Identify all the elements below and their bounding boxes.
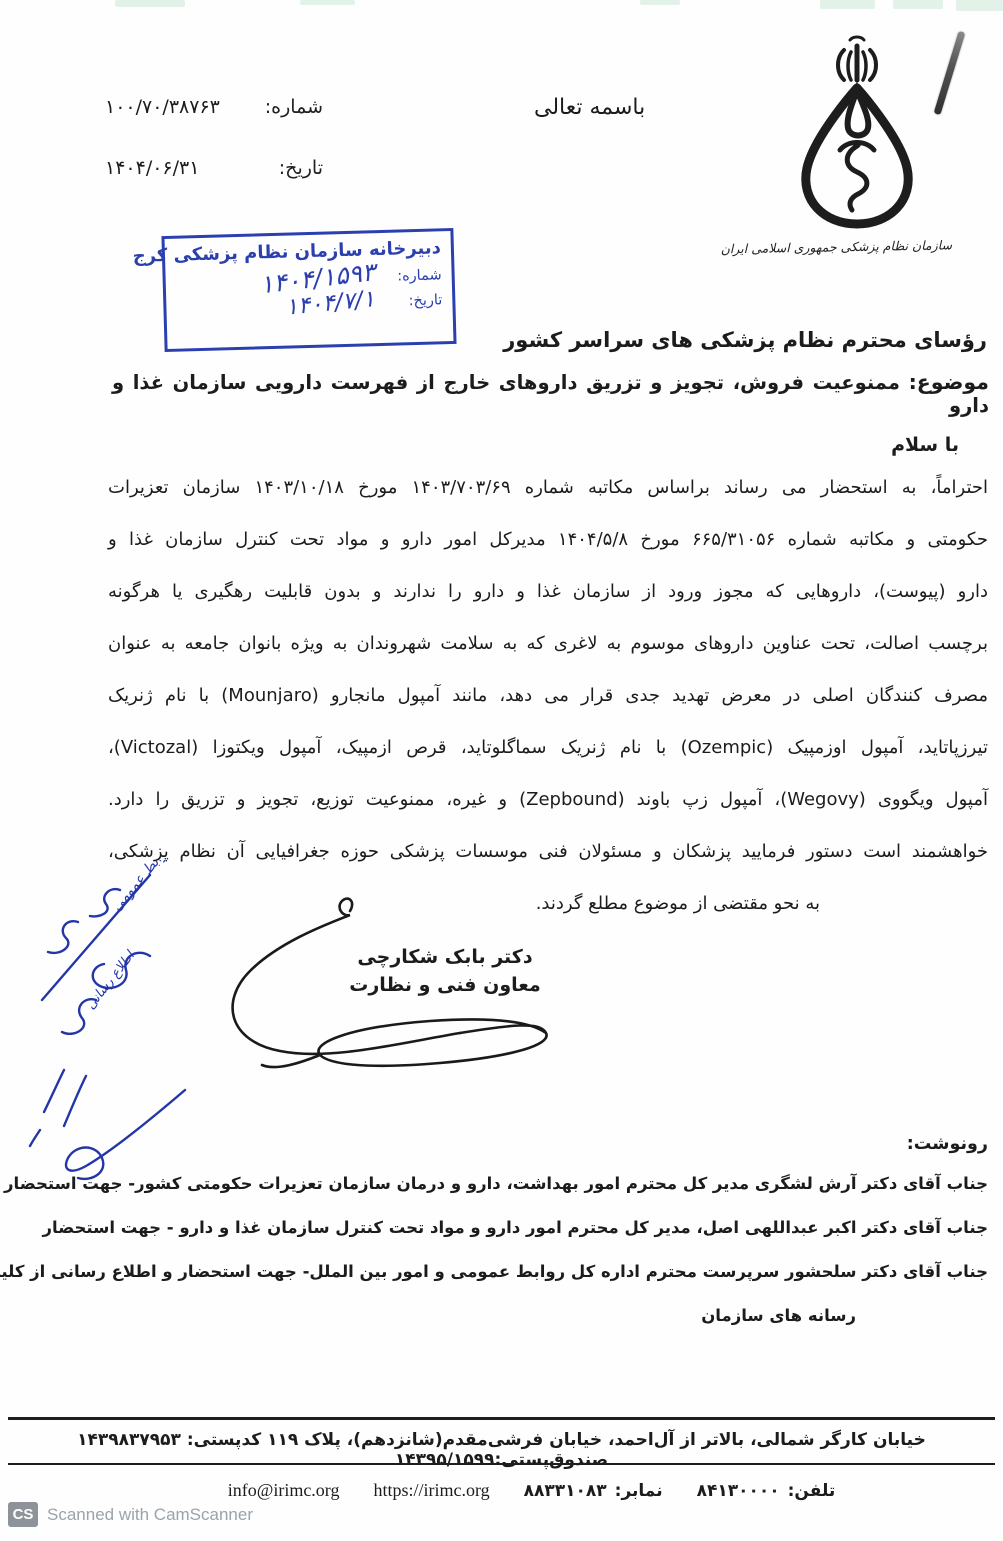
body-line: احتراماً، به استحضار می رساند براساس مکا…: [108, 462, 988, 514]
stamp-number-label: شماره:: [397, 267, 442, 284]
cc-item: جناب آقای دکتر آرش لشگری مدیر کل محترم ا…: [55, 1162, 988, 1206]
recipient-heading: رؤسای محترم نظام پزشکی های سراسر کشور: [400, 328, 987, 352]
bismillah-text: باسمه تعالی: [534, 95, 645, 120]
scan-edge-mark: [640, 0, 680, 5]
letter-number-row: شماره: ۱۰۰/۷۰/۳۸۷۶۳: [105, 96, 323, 118]
body-line: آمپول ویگووی (Wegovy)، آمپول زپ باوند (Z…: [108, 774, 988, 826]
cc-label: رونوشت:: [55, 1134, 988, 1154]
subject-text: ممنوعیت فروش، تجویز و تزریق داروهای خارج…: [112, 371, 989, 417]
body-line: خواهشمند است دستور فرمایید پزشکان و مسئو…: [108, 826, 988, 878]
irimc-logo: سازمان نظام پزشکی جمهوری اسلامی ایران: [762, 28, 952, 254]
body-line: مصرف کنندگان اصلی در معرض تهدید جدی قرار…: [108, 670, 988, 722]
signature-scribble: [210, 893, 580, 1083]
subject-line: موضوع: ممنوعیت فروش، تجویز و تزریق داروه…: [112, 370, 989, 417]
body-line: برچسب اصالت، تحت عناوین داروهای موسوم به…: [108, 618, 988, 670]
number-label: شماره:: [265, 96, 323, 118]
body-line: حکومتی و مکاتبه شماره ۶۶۵/۳۱۰۵۶ مورخ ۱۴۰…: [108, 514, 988, 566]
phone-value: ۸۴۱۳۰۰۰۰: [697, 1481, 780, 1501]
scan-edge-mark: [115, 0, 185, 7]
letter-body: احتراماً، به استحضار می رساند براساس مکا…: [108, 462, 988, 930]
footer-contacts: تلفن: ۸۴۱۳۰۰۰۰ نمابر: ۸۸۳۳۱۰۸۳ https://i…: [120, 1480, 943, 1501]
camscanner-badge-icon: CS: [8, 1502, 38, 1527]
number-value: ۱۰۰/۷۰/۳۸۷۶۳: [105, 96, 220, 118]
note-line1: روابط عمومی: [109, 860, 174, 915]
fax-item: نمابر: ۸۸۳۳۱۰۸۳: [524, 1481, 663, 1501]
serpent-icon: [840, 140, 874, 210]
salutation: با سلام: [891, 434, 959, 456]
fax-value: ۸۸۳۳۱۰۸۳: [524, 1481, 607, 1501]
scan-edge-mark: [893, 0, 943, 9]
date-label: تاریخ:: [279, 157, 323, 179]
body-line: تیرزپاتاید، آمپول اوزمپیک (Ozempic) با ن…: [108, 722, 988, 774]
cc-item: رسانه های سازمان: [55, 1294, 988, 1338]
phone-item: تلفن: ۸۴۱۳۰۰۰۰: [697, 1481, 836, 1501]
stamp-date-label: تاریخ:: [408, 292, 442, 309]
body-line: دارو (پیوست)، داروهایی که مجوز ورود از س…: [108, 566, 988, 618]
fax-label: نمابر:: [615, 1481, 663, 1501]
scan-edge-mark: [300, 0, 355, 5]
date-value: ۱۴۰۴/۰۶/۳۱: [105, 157, 199, 179]
cc-section: رونوشت: جناب آقای دکتر آرش لشگری مدیر کل…: [55, 1134, 988, 1338]
scan-edge-mark: [956, 0, 1003, 11]
cc-item: جناب آقای دکتر اکبر عبداللهی اصل، مدیر ک…: [55, 1206, 988, 1250]
email-link[interactable]: info@irimc.org: [228, 1480, 340, 1501]
footer-rule-top: [8, 1417, 995, 1420]
phone-label: تلفن:: [788, 1481, 836, 1501]
logo-caption: سازمان نظام پزشکی جمهوری اسلامی ایران: [762, 237, 952, 255]
letter-date-row: تاریخ: ۱۴۰۴/۰۶/۳۱: [105, 157, 323, 179]
scan-edge-mark: [820, 0, 875, 9]
note-line2: اطلاع رسانی: [83, 948, 138, 1013]
website-link[interactable]: https://irimc.org: [373, 1480, 489, 1501]
camscanner-watermark: CS Scanned with CamScanner: [8, 1502, 253, 1527]
medical-council-emblem-icon: [782, 28, 932, 233]
camscanner-text: Scanned with CamScanner: [47, 1505, 253, 1525]
scanned-letter-page: شماره: ۱۰۰/۷۰/۳۸۷۶۳ تاریخ: ۱۴۰۴/۰۶/۳۱ با…: [0, 0, 1003, 1541]
footer-rule-bottom: [8, 1463, 995, 1465]
cc-item: جناب آقای دکتر سلحشور سرپرست محترم اداره…: [55, 1250, 988, 1294]
subject-label: موضوع:: [909, 370, 989, 394]
